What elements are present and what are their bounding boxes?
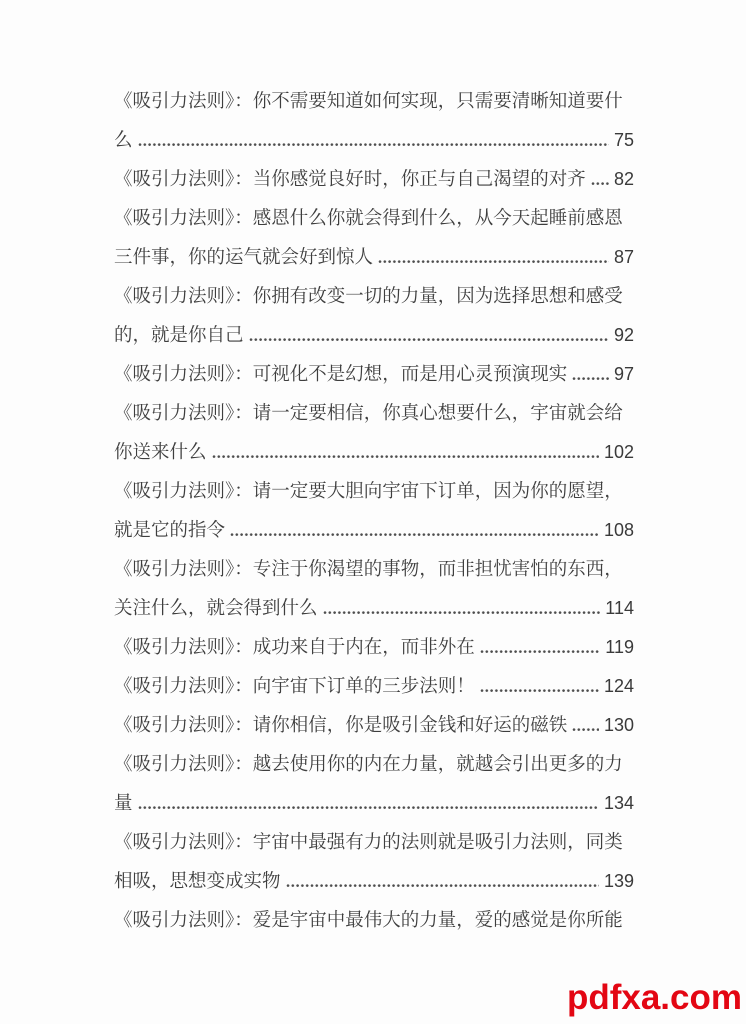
dot-leader: [230, 532, 599, 536]
dot-leader: [378, 259, 609, 263]
dot-leader: [480, 649, 601, 653]
toc-line: 《吸引力法则》：感恩什么你就会得到什么，从今天起睡前感恩: [114, 198, 634, 237]
toc-line: 《吸引力法则》：宇宙中最强有力的法则就是吸引力法则，同类: [114, 822, 634, 861]
dot-leader: [572, 376, 609, 380]
dot-leader: [572, 727, 599, 731]
page-number: 134: [604, 784, 634, 823]
toc-line-text: 《吸引力法则》：你不需要知道如何实现，只需要清晰知道要什: [114, 81, 623, 120]
dot-leader: [138, 142, 609, 146]
toc-line-text: 你送来什么: [114, 432, 207, 471]
toc-entry: 《吸引力法则》：越去使用你的内在力量，就越会引出更多的力量134: [114, 744, 634, 822]
page-number: 75: [614, 121, 634, 160]
toc-entry: 《吸引力法则》：当你感觉良好时，你正与自己渴望的对齐82: [114, 159, 634, 198]
toc-line-text: 就是它的指令: [114, 510, 225, 549]
toc-line: 《吸引力法则》：当你感觉良好时，你正与自己渴望的对齐82: [114, 159, 634, 198]
toc-line: 《吸引力法则》：请一定要大胆向宇宙下订单，因为你的愿望，: [114, 471, 634, 510]
dot-leader: [249, 337, 609, 341]
toc-entry: 《吸引力法则》：向宇宙下订单的三步法则！124: [114, 666, 634, 705]
toc-line: 三件事，你的运气就会好到惊人87: [114, 237, 634, 276]
toc-line-text: 《吸引力法则》：宇宙中最强有力的法则就是吸引力法则，同类: [114, 822, 623, 861]
toc-line-text: 相吸，思想变成实物: [114, 861, 281, 900]
page-number: 97: [614, 355, 634, 394]
toc-entry: 《吸引力法则》：可视化不是幻想，而是用心灵预演现实97: [114, 354, 634, 393]
toc-line: 《吸引力法则》：请一定要相信，你真心想要什么，宇宙就会给: [114, 393, 634, 432]
dot-leader: [212, 454, 599, 458]
toc-line: 么75: [114, 120, 634, 159]
toc-line: 《吸引力法则》：你不需要知道如何实现，只需要清晰知道要什: [114, 81, 634, 120]
toc-entry: 《吸引力法则》：你拥有改变一切的力量，因为选择思想和感受的，就是你自己92: [114, 276, 634, 354]
toc-line: 《吸引力法则》：爱是宇宙中最伟大的力量，爱的感觉是你所能: [114, 900, 634, 939]
toc-line: 《吸引力法则》：请你相信，你是吸引金钱和好运的磁铁130: [114, 705, 634, 744]
toc-line-text: 的，就是你自己: [114, 315, 244, 354]
toc-line: 的，就是你自己92: [114, 315, 634, 354]
toc-line-text: 《吸引力法则》：当你感觉良好时，你正与自己渴望的对齐: [114, 159, 586, 198]
toc-line-text: 《吸引力法则》：请一定要大胆向宇宙下订单，因为你的愿望，: [114, 471, 623, 510]
page-number: 102: [604, 433, 634, 472]
page-number: 124: [604, 667, 634, 706]
toc-line-text: 关注什么，就会得到什么: [114, 588, 318, 627]
toc-line-text: 《吸引力法则》：越去使用你的内在力量，就越会引出更多的力: [114, 744, 623, 783]
dot-leader: [323, 610, 601, 614]
toc-entry: 《吸引力法则》：你不需要知道如何实现，只需要清晰知道要什么75: [114, 81, 634, 159]
page-number: 87: [614, 238, 634, 277]
page-number: 92: [614, 316, 634, 355]
toc-line: 就是它的指令108: [114, 510, 634, 549]
toc-entry: 《吸引力法则》：请一定要相信，你真心想要什么，宇宙就会给你送来什么102: [114, 393, 634, 471]
toc-entry: 《吸引力法则》：成功来自于内在，而非外在119: [114, 627, 634, 666]
toc-line: 《吸引力法则》：越去使用你的内在力量，就越会引出更多的力: [114, 744, 634, 783]
toc-line: 你送来什么102: [114, 432, 634, 471]
page-number: 119: [605, 628, 634, 667]
dot-leader: [591, 181, 609, 185]
toc-line-text: 《吸引力法则》：可视化不是幻想，而是用心灵预演现实: [114, 354, 567, 393]
toc-line: 相吸，思想变成实物139: [114, 861, 634, 900]
toc-line: 关注什么，就会得到什么114: [114, 588, 634, 627]
toc-entry: 《吸引力法则》：宇宙中最强有力的法则就是吸引力法则，同类相吸，思想变成实物139: [114, 822, 634, 900]
toc-line-text: 《吸引力法则》：向宇宙下订单的三步法则！: [114, 666, 475, 705]
toc-line: 《吸引力法则》：可视化不是幻想，而是用心灵预演现实97: [114, 354, 634, 393]
toc-entry: 《吸引力法则》：请一定要大胆向宇宙下订单，因为你的愿望，就是它的指令108: [114, 471, 634, 549]
toc-line: 《吸引力法则》：成功来自于内在，而非外在119: [114, 627, 634, 666]
toc-line-text: 《吸引力法则》：感恩什么你就会得到什么，从今天起睡前感恩: [114, 198, 623, 237]
toc-line-text: 《吸引力法则》：爱是宇宙中最伟大的力量，爱的感觉是你所能: [114, 900, 623, 939]
toc-entry: 《吸引力法则》：请你相信，你是吸引金钱和好运的磁铁130: [114, 705, 634, 744]
toc-line-text: 量: [114, 783, 133, 822]
toc-line: 量134: [114, 783, 634, 822]
toc-line-text: 《吸引力法则》：请你相信，你是吸引金钱和好运的磁铁: [114, 705, 567, 744]
page-number: 130: [604, 706, 634, 745]
toc-line-text: 《吸引力法则》：你拥有改变一切的力量，因为选择思想和感受: [114, 276, 623, 315]
toc: 《吸引力法则》：你不需要知道如何实现，只需要清晰知道要什么75《吸引力法则》：当…: [114, 81, 634, 939]
toc-entry: 《吸引力法则》：专注于你渴望的事物，而非担忧害怕的东西，关注什么，就会得到什么1…: [114, 549, 634, 627]
page-number: 108: [604, 511, 634, 550]
toc-line-text: 三件事，你的运气就会好到惊人: [114, 237, 373, 276]
toc-line-text: 《吸引力法则》：成功来自于内在，而非外在: [114, 627, 475, 666]
toc-line: 《吸引力法则》：向宇宙下订单的三步法则！124: [114, 666, 634, 705]
toc-entry: 《吸引力法则》：感恩什么你就会得到什么，从今天起睡前感恩三件事，你的运气就会好到…: [114, 198, 634, 276]
toc-entry: 《吸引力法则》：爱是宇宙中最伟大的力量，爱的感觉是你所能: [114, 900, 634, 939]
page-number: 139: [604, 862, 634, 901]
toc-line-text: 么: [114, 120, 133, 159]
page-number: 114: [605, 589, 634, 628]
watermark-pdfxa: pdfxa.com: [567, 980, 742, 1015]
dot-leader: [138, 805, 599, 809]
dot-leader: [480, 688, 599, 692]
toc-line: 《吸引力法则》：专注于你渴望的事物，而非担忧害怕的东西，: [114, 549, 634, 588]
dot-leader: [286, 883, 599, 887]
document-page: 《吸引力法则》：你不需要知道如何实现，只需要清晰知道要什么75《吸引力法则》：当…: [0, 0, 746, 1024]
page-number: 82: [614, 160, 634, 199]
toc-line-text: 《吸引力法则》：请一定要相信，你真心想要什么，宇宙就会给: [114, 393, 623, 432]
toc-line: 《吸引力法则》：你拥有改变一切的力量，因为选择思想和感受: [114, 276, 634, 315]
toc-line-text: 《吸引力法则》：专注于你渴望的事物，而非担忧害怕的东西，: [114, 549, 623, 588]
